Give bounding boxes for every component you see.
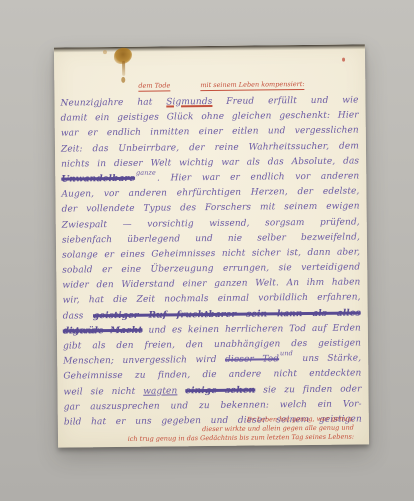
header-annotation-right: mit seinem Leben kompensiert:	[200, 80, 304, 91]
ink-stain	[114, 48, 132, 64]
header-annotation-left: dem Tode	[138, 81, 170, 91]
footer-annotation-line: ich trug genug in das Gedächtnis bis zum…	[62, 432, 354, 444]
manuscript-page: dem Tode mit seinem Leben kompensiert: N…	[54, 44, 369, 447]
red-ink-dot	[342, 58, 345, 62]
photo-background: dem Tode mit seinem Leben kompensiert: N…	[0, 0, 414, 501]
manuscript-lines: Neunzigjahre hat Sigmunds Freud erfüllt …	[60, 93, 361, 430]
header-annotation: dem Tode mit seinem Leben kompensiert:	[54, 79, 365, 94]
footer-annotation: Er Leben hat genug, wer genug, dieser wi…	[62, 415, 354, 444]
paper-top-edge-shadow	[54, 44, 365, 52]
